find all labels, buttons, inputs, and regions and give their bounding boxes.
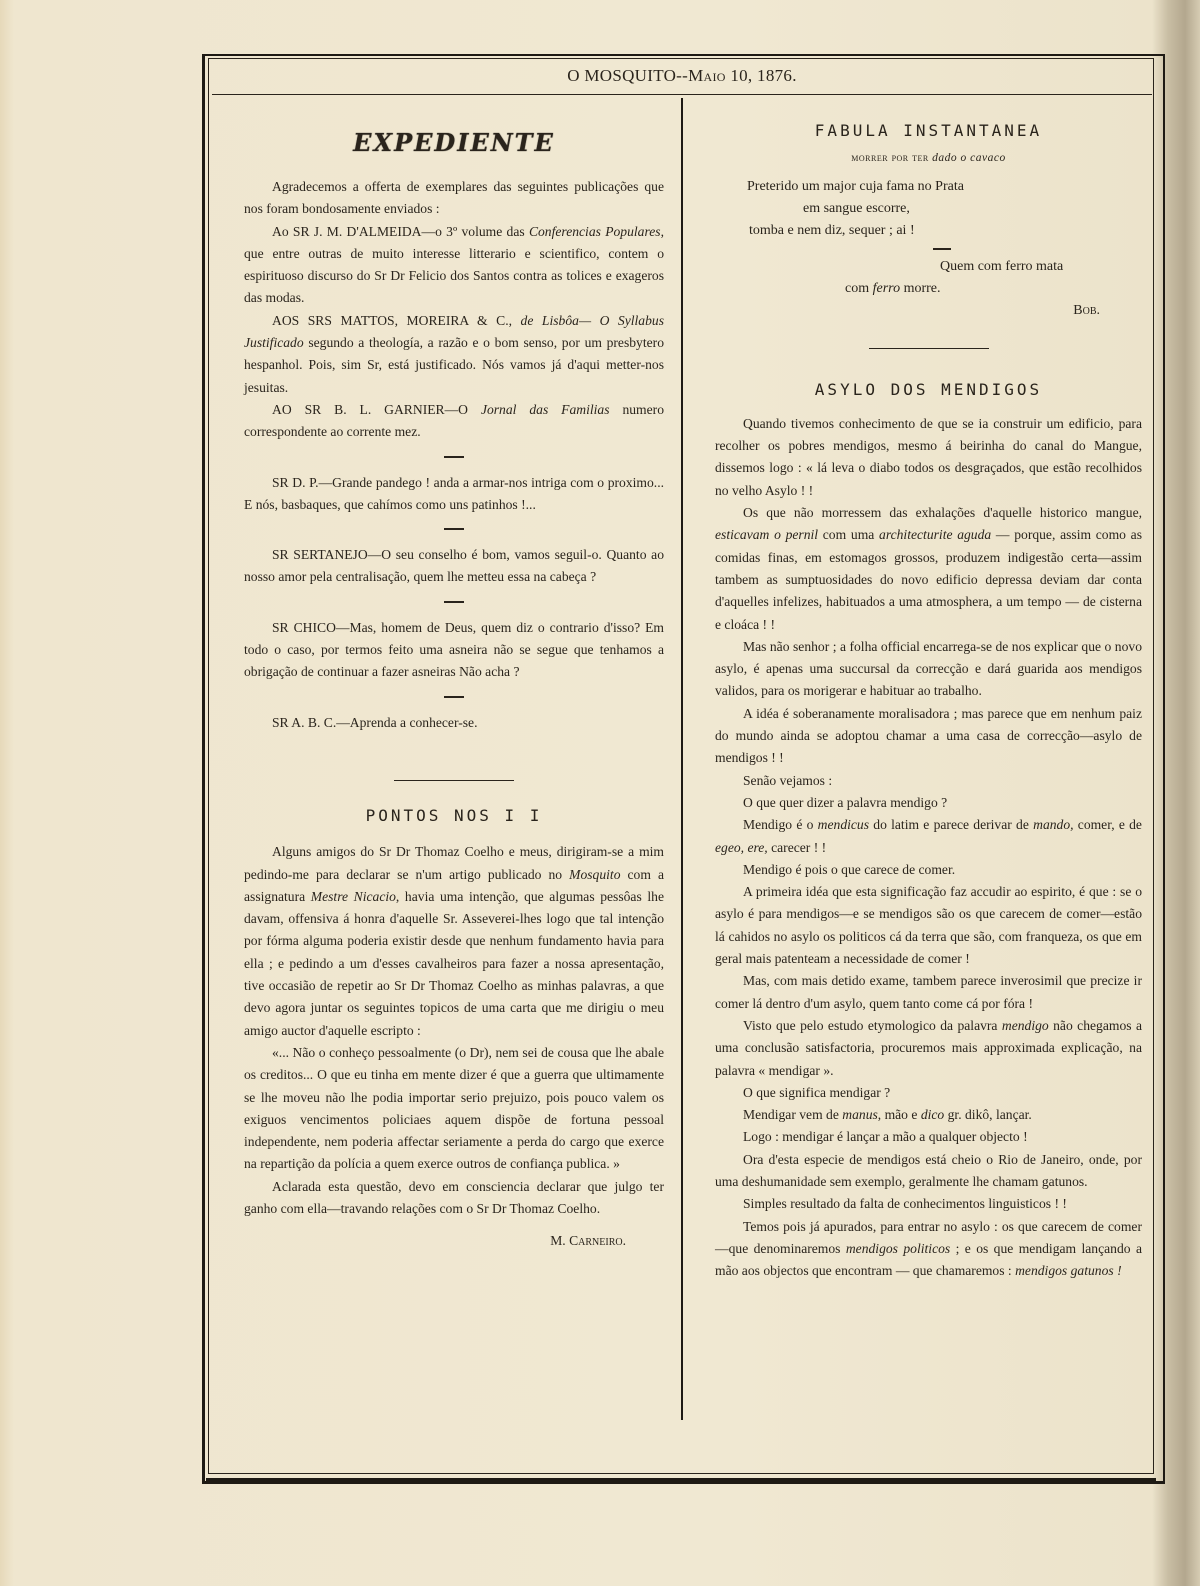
masthead: O MOSQUITO--Maio 10, 1876. xyxy=(212,62,1152,95)
correspondence-item: SR SERTANEJO—O seu conselho é bom, vamos… xyxy=(244,544,664,589)
expediente-paragraph: Agradecemos a offerta de exemplares das … xyxy=(244,176,664,221)
asylo-paragraph: Mendigar vem de manus, mão e dico gr. di… xyxy=(715,1104,1142,1126)
asylo-paragraph: Simples resultado da falta de conhecimen… xyxy=(715,1193,1142,1215)
separator-dash xyxy=(933,248,951,250)
right-column: FABULA INSTANTANEA morrer por ter dado o… xyxy=(715,98,1142,1282)
pontos-paragraph: Alguns amigos do Sr Dr Thomaz Coelho e m… xyxy=(244,841,664,1042)
asylo-paragraph: A idéa é soberanamente moralisadora ; ma… xyxy=(715,703,1142,770)
asylo-paragraph: O que significa mendigar ? xyxy=(715,1082,1142,1104)
expediente-paragraph: Ao SR J. M. D'ALMEIDA—o 3º volume das Co… xyxy=(244,221,664,310)
signature-bob: Bob. xyxy=(715,300,1142,322)
asylo-paragraph: Temos pois já apurados, para entrar no a… xyxy=(715,1216,1142,1283)
asylo-paragraph: O que quer dizer a palavra mendigo ? xyxy=(715,792,1142,814)
asylo-paragraph: Quando tivemos conhecimento de que se ia… xyxy=(715,413,1142,502)
masthead-month: Maio xyxy=(688,66,726,85)
asylo-paragraph: Visto que pelo estudo etymologico da pal… xyxy=(715,1015,1142,1082)
column-divider xyxy=(681,98,683,1420)
expediente-paragraph: AOS SRS MATTOS, MOREIRA & C., de Lisbôa—… xyxy=(244,310,664,399)
expediente-heading: EXPEDIENTE xyxy=(244,132,664,162)
pontos-paragraph: Aclarada esta questão, devo em conscienc… xyxy=(244,1176,664,1221)
asylo-paragraph: Mendigo é pois o que carece de comer. xyxy=(715,859,1142,881)
asylo-paragraph: Ora d'esta especie de mendigos está chei… xyxy=(715,1149,1142,1194)
correspondence-item: SR CHICO—Mas, homem de Deus, quem diz o … xyxy=(244,617,664,684)
asylo-paragraph: Mas não senhor ; a folha official encarr… xyxy=(715,636,1142,703)
asylo-heading: ASYLO DOS MENDIGOS xyxy=(715,379,1142,401)
fabula-verse: Preterido um major cuja fama no Prata em… xyxy=(715,176,1142,322)
asylo-paragraph: Mendigo é o mendicus do latim e parece d… xyxy=(715,814,1142,859)
signature-carneiro: M. Carneiro. xyxy=(244,1230,664,1252)
fabula-heading: FABULA INSTANTANEA xyxy=(715,120,1142,142)
asylo-paragraph: A primeira idéa que esta significação fa… xyxy=(715,881,1142,970)
separator-dash xyxy=(444,456,464,458)
asylo-paragraph: Os que não morressem das exhalações d'aq… xyxy=(715,502,1142,636)
masthead-date: 10, 1876. xyxy=(726,66,797,85)
separator-dash xyxy=(444,696,464,698)
asylo-paragraph: Logo : mendigar é lançar a mão a qualque… xyxy=(715,1126,1142,1148)
separator-dash xyxy=(444,601,464,603)
masthead-title: O MOSQUITO-- xyxy=(567,66,688,85)
asylo-paragraph: Senão vejamos : xyxy=(715,770,1142,792)
asylo-paragraph: Mas, com mais detido exame, tambem parec… xyxy=(715,970,1142,1015)
pontos-heading: PONTOS NOS I I xyxy=(244,805,664,827)
correspondence-item: SR A. B. C.—Aprenda a conhecer-se. xyxy=(244,712,664,734)
pontos-quote: «... Não o conheço pessoalmente (o Dr), … xyxy=(244,1042,664,1176)
expediente-paragraph: AO SR B. L. GARNIER—O Jornal das Familia… xyxy=(244,399,664,444)
bottom-rule xyxy=(206,1478,1156,1481)
separator-dash xyxy=(444,528,464,530)
left-column: EXPEDIENTE Agradecemos a offerta de exem… xyxy=(244,98,664,1253)
fabula-subtitle: morrer por ter dado o cavaco xyxy=(715,146,1142,169)
correspondence-item: SR D. P.—Grande pandego ! anda a armar-n… xyxy=(244,472,664,517)
